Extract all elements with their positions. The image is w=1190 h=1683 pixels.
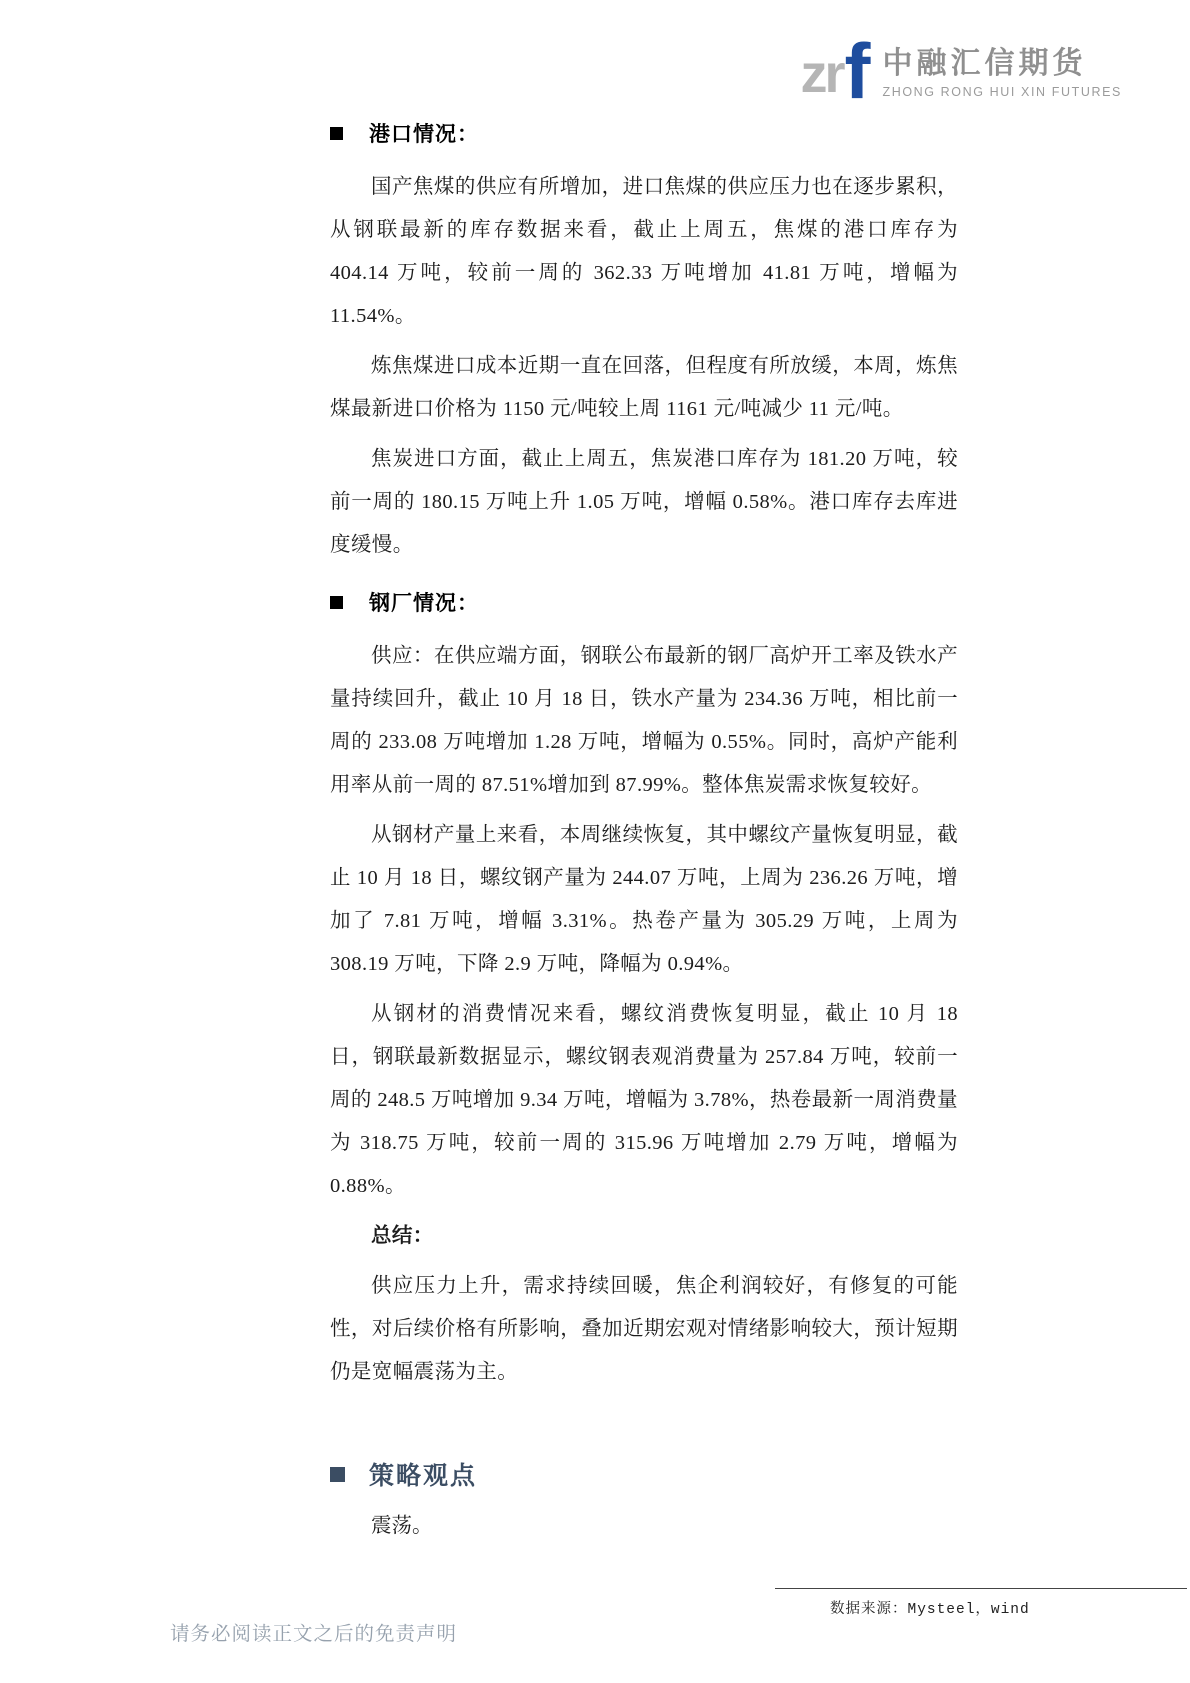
strategy-paragraph: 震荡。 (330, 1506, 958, 1546)
report-body: 港口情况： 国产焦煤的供应有所增加，进口焦煤的供应压力也在逐步累积，从钢联最新的… (330, 0, 958, 1546)
section-heading-port: 港口情况： (330, 118, 958, 148)
section-heading-steel: 钢厂情况： (330, 587, 958, 617)
steel-paragraph-1: 供应：在供应端方面，钢联公布最新的钢厂高炉开工率及铁水产量持续回升，截止 10 … (330, 635, 958, 807)
section-title-port: 港口情况： (369, 118, 479, 148)
black-square-bullet-icon (330, 127, 343, 140)
summary-paragraph: 供应压力上升，需求持续回暖，焦企利润较好，有修复的可能性，对后续价格有所影响，叠… (330, 1265, 958, 1394)
report-page: zr f 中融汇信期货 ZHONG RONG HUI XIN FUTURES 港… (0, 0, 1190, 1683)
section-title-steel: 钢厂情况： (369, 587, 479, 617)
port-paragraph-2: 炼焦煤进口成本近期一直在回落，但程度有所放缓，本周，炼焦煤最新进口价格为 115… (330, 345, 958, 431)
steel-paragraph-3: 从钢材的消费情况来看，螺纹消费恢复明显，截止 10 月 18 日，钢联最新数据显… (330, 993, 958, 1208)
black-square-bullet-icon (330, 596, 343, 609)
section-title-strategy: 策略观点 (369, 1456, 477, 1492)
navy-square-bullet-icon (330, 1467, 345, 1482)
summary-label: 总结： (330, 1215, 958, 1258)
port-paragraph-3: 焦炭进口方面，截止上周五，焦炭港口库存为 181.20 万吨，较前一周的 180… (330, 438, 958, 567)
data-source-note: 数据来源：Mysteel，wind (775, 1588, 1187, 1618)
steel-paragraph-2: 从钢材产量上来看，本周继续恢复，其中螺纹产量恢复明显，截止 10 月 18 日，… (330, 814, 958, 986)
disclaimer-note: 请务必阅读正文之后的免责声明 (170, 1618, 457, 1646)
section-heading-strategy: 策略观点 (330, 1456, 958, 1492)
port-paragraph-1: 国产焦煤的供应有所增加，进口焦煤的供应压力也在逐步累积，从钢联最新的库存数据来看… (330, 166, 958, 338)
